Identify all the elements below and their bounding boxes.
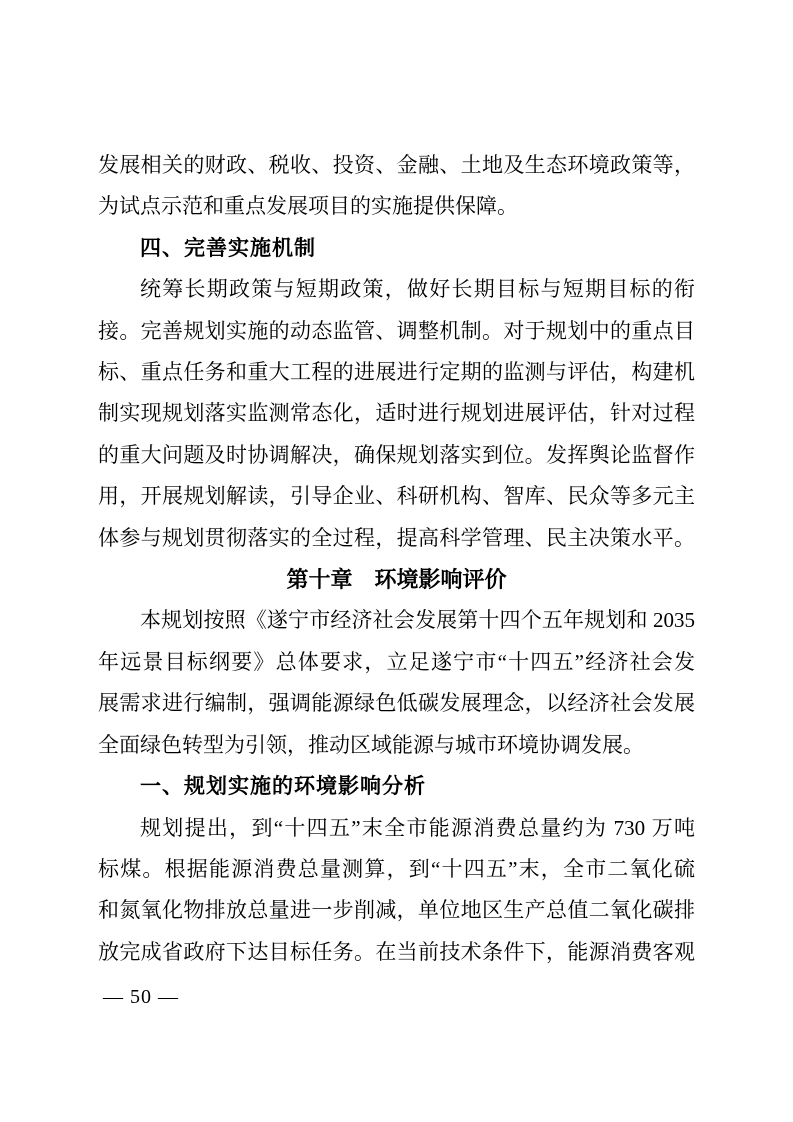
text-line: 的重大问题及时协调解决，确保规划落实到位。发挥舆论监督作 bbox=[98, 435, 695, 476]
text-line: 标、重点任务和重大工程的进展进行定期的监测与评估，构建机 bbox=[98, 352, 695, 393]
document-page: 发展相关的财政、税收、投资、金融、土地及生态环境政策等，为试点示范和重点发展项目… bbox=[0, 0, 793, 1122]
text-line: 发展相关的财政、税收、投资、金融、土地及生态环境政策等， bbox=[98, 145, 695, 186]
text-line: 体参与规划贯彻落实的全过程，提高科学管理、民主决策水平。 bbox=[98, 518, 695, 559]
text-line: 本规划按照《遂宁市经济社会发展第十四个五年规划和 2035 bbox=[98, 600, 695, 641]
text-line: 为试点示范和重点发展项目的实施提供保障。 bbox=[98, 186, 695, 227]
section-heading: 四、完善实施机制 bbox=[98, 228, 695, 269]
text-line: 规划提出，到“十四五”末全市能源消费总量约为 730 万吨 bbox=[98, 808, 695, 849]
text-line: 接。完善规划实施的动态监管、调整机制。对于规划中的重点目 bbox=[98, 311, 695, 352]
text-line: 标煤。根据能源消费总量测算，到“十四五”末，全市二氧化硫 bbox=[98, 849, 695, 890]
chapter-heading: 第十章 环境影响评价 bbox=[98, 559, 695, 600]
text-line: 放完成省政府下达目标任务。在当前技术条件下，能源消费客观 bbox=[98, 932, 695, 973]
text-line: 统筹长期政策与短期政策，做好长期目标与短期目标的衔 bbox=[98, 269, 695, 310]
section-heading: 一、规划实施的环境影响分析 bbox=[98, 766, 695, 807]
page-number: — 50 — bbox=[103, 986, 179, 1009]
text-line: 年远景目标纲要》总体要求，立足遂宁市“十四五”经济社会发 bbox=[98, 642, 695, 683]
text-line: 用，开展规划解读，引导企业、科研机构、智库、民众等多元主 bbox=[98, 476, 695, 517]
text-line: 制实现规划落实监测常态化，适时进行规划进展评估，针对过程 bbox=[98, 393, 695, 434]
text-line: 和氮氧化物排放总量进一步削减，单位地区生产总值二氧化碳排 bbox=[98, 890, 695, 931]
text-line: 全面绿色转型为引领，推动区域能源与城市环境协调发展。 bbox=[98, 725, 695, 766]
document-content: 发展相关的财政、税收、投资、金融、土地及生态环境政策等，为试点示范和重点发展项目… bbox=[98, 145, 695, 973]
text-line: 展需求进行编制，强调能源绿色低碳发展理念，以经济社会发展 bbox=[98, 683, 695, 724]
